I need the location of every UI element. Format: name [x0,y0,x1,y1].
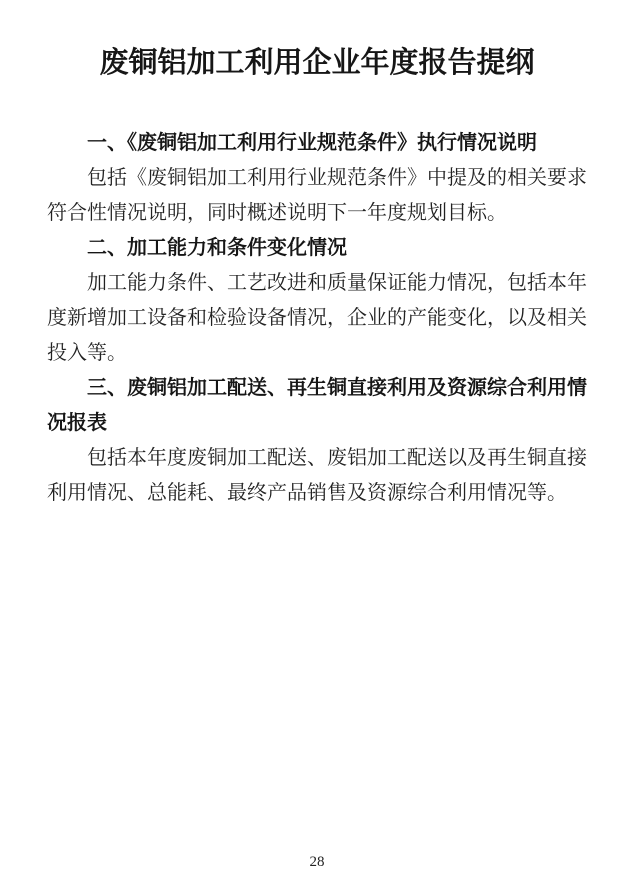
page-number: 28 [0,854,634,871]
section-2: 二、加工能力和条件变化情况 加工能力条件、工艺改进和质量保证能力情况，包括本年度… [47,231,587,371]
section-3-heading: 三、废铜铝加工配送、再生铜直接利用及资源综合利用情况报表 [47,371,587,441]
section-2-heading: 二、加工能力和条件变化情况 [47,231,587,266]
section-1: 一、《废铜铝加工利用行业规范条件》执行情况说明 包括《废铜铝加工利用行业规范条件… [47,126,587,231]
section-3-paragraph: 包括本年度废铜加工配送、废铝加工配送以及再生铜直接利用情况、总能耗、最终产品销售… [47,441,587,511]
page-content: 废铜铝加工利用企业年度报告提纲 一、《废铜铝加工利用行业规范条件》执行情况说明 … [47,44,587,511]
section-2-paragraph: 加工能力条件、工艺改进和质量保证能力情况，包括本年度新增加工设备和检验设备情况，… [47,266,587,371]
document-page: 废铜铝加工利用企业年度报告提纲 一、《废铜铝加工利用行业规范条件》执行情况说明 … [0,0,634,891]
document-title: 废铜铝加工利用企业年度报告提纲 [47,44,587,82]
section-3: 三、废铜铝加工配送、再生铜直接利用及资源综合利用情况报表 包括本年度废铜加工配送… [47,371,587,511]
section-1-paragraph: 包括《废铜铝加工利用行业规范条件》中提及的相关要求符合性情况说明，同时概述说明下… [47,161,587,231]
section-1-heading: 一、《废铜铝加工利用行业规范条件》执行情况说明 [47,126,587,161]
